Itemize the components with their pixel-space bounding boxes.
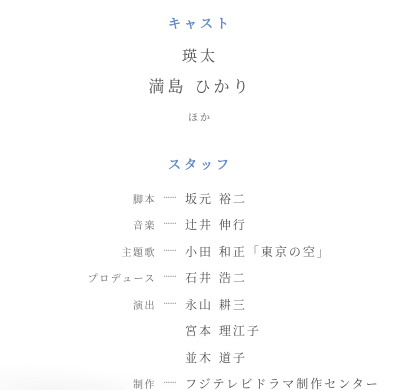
staff-value: 辻井 伸行: [183, 216, 400, 233]
staff-row: 制作 ······ フジテレビドラマ制作センター: [0, 371, 400, 390]
cast-staff-page: キャスト 瑛太 満島 ひかり ほか スタッフ 脚本 ······ 坂元 裕二 音…: [0, 0, 400, 390]
staff-value: 小田 和正「東京の空」: [183, 243, 400, 260]
staff-value: 坂元 裕二: [183, 190, 400, 207]
dot-leader: ······: [156, 246, 183, 257]
staff-value: フジテレビドラマ制作センター: [183, 375, 400, 390]
cast-name: 満島 ひかり: [0, 74, 400, 97]
dot-leader: ······: [156, 219, 183, 230]
staff-role-label: 演出: [0, 297, 156, 312]
staff-value: 永山 耕三: [183, 296, 400, 313]
cast-section-heading: キャスト: [0, 13, 400, 32]
staff-role-label: 脚本: [0, 191, 156, 206]
cast-name: 瑛太: [0, 45, 400, 66]
staff-row: プロデュース ······ 石井 浩二: [0, 265, 400, 292]
staff-row: 並木 道子: [0, 344, 400, 371]
staff-value: 宮本 理江子: [183, 322, 400, 339]
staff-role-label: 音楽: [0, 217, 156, 232]
staff-section-heading: スタッフ: [0, 154, 400, 173]
dot-leader: ······: [156, 299, 183, 310]
dot-leader: ······: [156, 378, 183, 389]
staff-value: 石井 浩二: [183, 269, 400, 286]
staff-role-label: 主題歌: [0, 244, 156, 259]
dot-leader: ······: [156, 272, 183, 283]
dot-leader: ······: [156, 193, 183, 204]
staff-row: 宮本 理江子: [0, 318, 400, 345]
staff-value: 並木 道子: [183, 349, 400, 366]
staff-list: 脚本 ······ 坂元 裕二 音楽 ······ 辻井 伸行 主題歌 ····…: [0, 185, 400, 390]
staff-row: 演出 ······ 永山 耕三: [0, 291, 400, 318]
staff-role-label: 制作: [0, 376, 156, 390]
staff-row: 主題歌 ······ 小田 和正「東京の空」: [0, 238, 400, 265]
cast-extra-label: ほか: [0, 109, 400, 124]
staff-row: 音楽 ······ 辻井 伸行: [0, 212, 400, 239]
staff-row: 脚本 ······ 坂元 裕二: [0, 185, 400, 212]
staff-role-label: プロデュース: [0, 270, 156, 285]
